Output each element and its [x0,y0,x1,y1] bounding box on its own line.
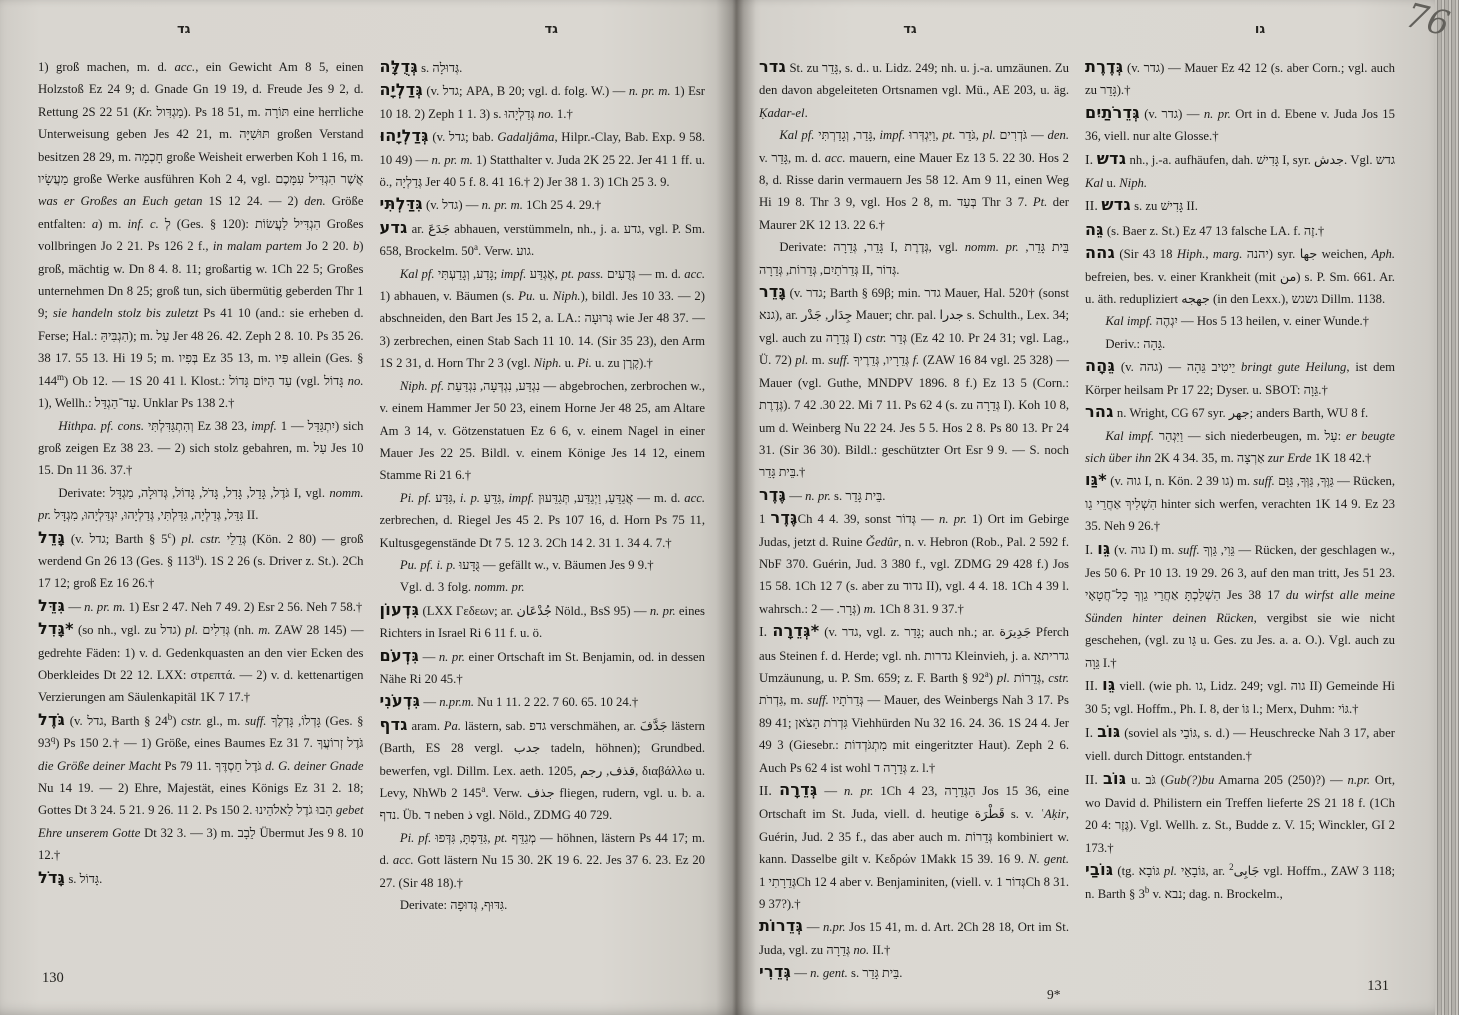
dictionary-entry: I. גדש nh., j.-a. aufhäufen, dah. גָּדִי… [1085,148,1395,195]
hebrew-headword: גְּדֵרוֹת [759,916,803,935]
entry-paragraph: Pi. pf. גִּדַּפְתָּ, גִּדְּפוּ, pt. מְגַ… [380,827,706,894]
signature-mark: 9* [1047,987,1061,1003]
dictionary-entry: גַּו* (v. גוה I, n. Kön. 2 39 גו) m. suf… [1085,469,1395,537]
entry-paragraph: Derivate: גֹּדֶל, גָּדֵל, גָּדִל, גָּדֹל… [38,482,364,527]
entry-paragraph: Kal impf. יִגְהֶה — Hos 5 13 heilen, v. … [1085,310,1395,332]
entry-paragraph: Derivate: גִּדּוּף, גְּדוּפָה. [380,894,706,916]
hebrew-headword: גדש [1097,149,1127,168]
entry-paragraph: Hithpa. pf. cons. וְהִתְגַּדִּלְתִּי Ez … [38,415,364,482]
running-head: גד [735,22,1085,37]
entry-paragraph: Derivate: גָּדֵר, גְּדֵרָה I, גְּדֶרֶת, … [759,236,1069,281]
dictionary-entry: גִּדְעוֹן (LXX Γεδεων; ar. جُدْعَان Nöld… [380,599,706,645]
hebrew-headword: גֵּו [1102,675,1115,694]
dictionary-entry: גִּדַּלְתִּי (v. גדל) — n. pr. m. 1Ch 25… [380,193,706,216]
entry-paragraph: Kal pf. גָּדַר, וְגָדַרְתִּי, impf. וַיִ… [759,124,1069,236]
entry-numeral: I. [1085,153,1097,168]
dictionary-entry: גְּדֵרוֹת — n.pr. Jos 15 41, m. d. Art. … [759,915,1069,961]
hebrew-headword: גּוֹב [1097,722,1120,741]
dictionary-entry: II. גְּדֵרָה — n. pr. 1Ch 4 23, הַגְּדֵר… [759,779,1069,915]
hebrew-headword: גָּדֹל [38,868,65,887]
page-number: 131 [1367,978,1389,995]
entry-numeral: II. [759,784,779,799]
dictionary-entry: I. גְּדֵרָה* (v. גדר, vgl. z. גָּדֵר; au… [759,620,1069,779]
hebrew-headword: גֶּדֶר [759,485,786,504]
hebrew-headword: גָּדִל* [38,619,74,638]
entry-paragraph: Deriv.: גֵּהָה. [1085,333,1395,355]
entry-paragraph: Kal pf. גָּדַע, וְגָדַעְתִּי; impf. אֶגְ… [380,263,706,375]
hebrew-headword: גִּדַּלְתִּי [380,194,423,213]
dictionary-entry: גדר St. zu גָּדֵר, s. d.. u. Lidz. 249; … [759,56,1069,124]
dictionary-entry: גֹּדֶל (v. גדל, Barth § 24b) cstr. gl., … [38,709,364,867]
hebrew-headword: גְּדֵרָה* [772,621,819,640]
entry-paragraph: 1) groß machen, m. d. acc., ein Gewicht … [38,56,364,415]
running-head: גד [0,22,368,37]
dictionary-entry: גּוֹבַי (tg. גּוֹבָא pl. גּוֹבָאֵי, ar. … [1085,859,1395,905]
entry-paragraph: Kal impf. וַיִּגְהַר — sich niederbeugen… [1085,425,1395,470]
left-page: גד גד 1) groß machen, m. d. acc., ein Ge… [0,0,735,1015]
dictionary-entry: גֶּדֶר — n. pr. s. בֵּית גָּדֵר. [759,484,1069,507]
hebrew-headword: גהר [1085,402,1114,421]
hebrew-headword: גָּדֵר [759,282,786,301]
hebrew-headword: גְּדֶרֶת [1085,57,1123,76]
running-head: גד [368,22,736,37]
dictionary-entry: גְּדַלְיָהוּ (v. גדל; bab. Gadaljâma, Hi… [380,125,706,193]
entry-numeral: II. [1085,679,1102,694]
dictionary-entry: I. גֵּו (v. גוה I) m. suff. גֵּוִי, גֵּו… [1085,538,1395,674]
dictionary-entry: גֵּהָה (v. גהה) — יֵיטִיב גֵּהָה bringt … [1085,355,1395,401]
dictionary-entry: גָּדֵל (v. גדל; Barth § 5c) pl. cstr. גְ… [38,527,364,595]
hebrew-headword: גְּדֵרֹתַיִם [1085,103,1140,122]
dictionary-entry: II. גדש s. zu גָּדִישׁ II. [1085,194,1395,218]
hebrew-headword: גֵּו [1097,539,1110,558]
dictionary-entry: גָּדֵר (v. גדר; Barth § 69β; min. גדר Ma… [759,281,1069,484]
text-column: 1) groß machen, m. d. acc., ein Gewicht … [38,56,364,981]
text-column: גְּדֶרֶת (v. גדר) — Mauer Ez 42 12 (s. a… [1085,56,1395,981]
dictionary-entry: גֶּדֶר 1Ch 4 4. 39, sonst גְּדוֹר — n. p… [759,507,1069,620]
hebrew-headword: גִּדְעוֹן [380,600,420,619]
entry-paragraph: Vgl. d. 3 folg. nomm. pr. [380,576,706,598]
running-heads-left: גד גד [0,22,735,37]
dictionary-entry: גָּדִל* (so nh., vgl. zu גדל) pl. גְּדִל… [38,618,364,709]
hebrew-headword: גדע [380,218,408,237]
dictionary-entry: II. גּוֹב u. גֹּב (Gub(?)bu Amarna 205 (… [1085,768,1395,860]
dictionary-entry: גִּדְעֹם — n. pr. einer Ortschaft im St.… [380,645,706,691]
hebrew-headword: גּוֹבַי [1085,860,1113,879]
hebrew-headword: גְּדֵרִי [759,962,791,981]
dictionary-entry: I. גּוֹב (soviel als גּוֹבַי, s. d.) — H… [1085,721,1395,768]
hebrew-headword: גְּדֻלָּה [380,57,418,76]
hebrew-headword: גָּדֵל [38,528,65,547]
entry-numeral: II. [1085,199,1101,214]
entry-numeral: II. [1085,773,1103,788]
hebrew-headword: גדש [1101,195,1131,214]
right-page: גד גו גדר St. zu גָּדֵר, s. d.. u. Lidz.… [735,0,1435,1015]
dictionary-entry: גֵּה (s. Baer z. St.) Ez 47 13 falsche L… [1085,219,1395,242]
dictionary-entry: גִּדְעֹנִי — n.pr.m. Nu 1 11. 2 22. 7 60… [380,690,706,713]
dictionary-entry: גִּדֵּל — n. pr. m. 1) Esr 2 47. Neh 7 4… [38,595,364,618]
dictionary-entry: גְּדֵרִי — n. gent. s. בֵּית גָּדֵר. [759,961,1069,981]
dictionary-entry: גדף aram. Pa. lästern, sab. גדפ verschmä… [380,714,706,827]
dictionary-entry: גְּדֵרֹתַיִם (v. גדר) — n. pr. Ort in d.… [1085,102,1395,148]
hebrew-headword: גדר [759,57,786,76]
hebrew-headword: גהה [1085,243,1115,262]
hebrew-headword: גדף [380,715,408,734]
hebrew-headword: גֹּדֶל [38,710,65,729]
running-head: גו [1085,22,1435,37]
text-column: גְּדֻלָּה s. גְּדוּלָה.גְּדַלְיָה (v. גד… [380,56,706,981]
text-column: גדר St. zu גָּדֵר, s. d.. u. Lidz. 249; … [759,56,1069,981]
hebrew-headword: גּוֹב [1103,769,1126,788]
book-scan: גד גד 1) groß machen, m. d. acc., ein Ge… [0,0,1459,1015]
hebrew-headword: גִּדְעֹנִי [380,691,421,710]
dictionary-entry: גדע ar. جَدَعَ abhauen, verstümmeln, nh.… [380,217,706,263]
hebrew-headword: גִּדְעֹם [380,646,420,665]
hebrew-headword: גֵּה [1085,220,1104,239]
entry-paragraph: Niph. pf. נִגְדַּע, נִגְדְּעָה, נִגְדַּע… [380,375,706,487]
dictionary-entry: גהר n. Wright, CG 67 syr. جهر; anders Ba… [1085,401,1395,424]
running-heads-right: גד גו [735,22,1435,37]
hebrew-headword: גַּו* [1085,470,1107,489]
dictionary-entry: גָּדֹל s. גָּדוֹל. [38,867,364,890]
hebrew-headword: גְּדַלְיָהוּ [380,126,429,145]
dictionary-entry: גְּדֻלָּה s. גְּדוּלָה. [380,56,706,79]
dictionary-entry: גהה (Sir 43 18 Hiph., marg. יהנה) syr. ج… [1085,242,1395,310]
dictionary-entry: גְּדַלְיָה (v. גדל; APA, B 20; vgl. d. f… [380,79,706,125]
dictionary-entry: II. גֵּו viell. (wie ph. גו, Lidz. 249; … [1085,674,1395,721]
page-number: 130 [42,970,64,987]
hebrew-headword: גִּדֵּל [38,596,65,615]
entry-numeral: I. [1085,543,1097,558]
entry-numeral: I. [759,625,772,640]
entry-paragraph: Pu. pf. i. p. גֻּדָּעוּ — gefällt w., v.… [380,554,706,576]
page-stack-edge [1435,0,1459,1015]
entry-paragraph: Pi. pf. גִּדַּע, i. p. גִּדֵּעַ, impf. א… [380,487,706,554]
hebrew-headword: גֵּהָה [1085,356,1115,375]
entry-numeral: I. [1085,726,1097,741]
dictionary-entry: גְּדֶרֶת (v. גדר) — Mauer Ez 42 12 (s. a… [1085,56,1395,102]
hebrew-headword: גְּדַלְיָה [380,80,423,99]
hebrew-headword: גֶּדֶר [771,508,798,527]
hebrew-headword: גְּדֵרָה [779,780,817,799]
